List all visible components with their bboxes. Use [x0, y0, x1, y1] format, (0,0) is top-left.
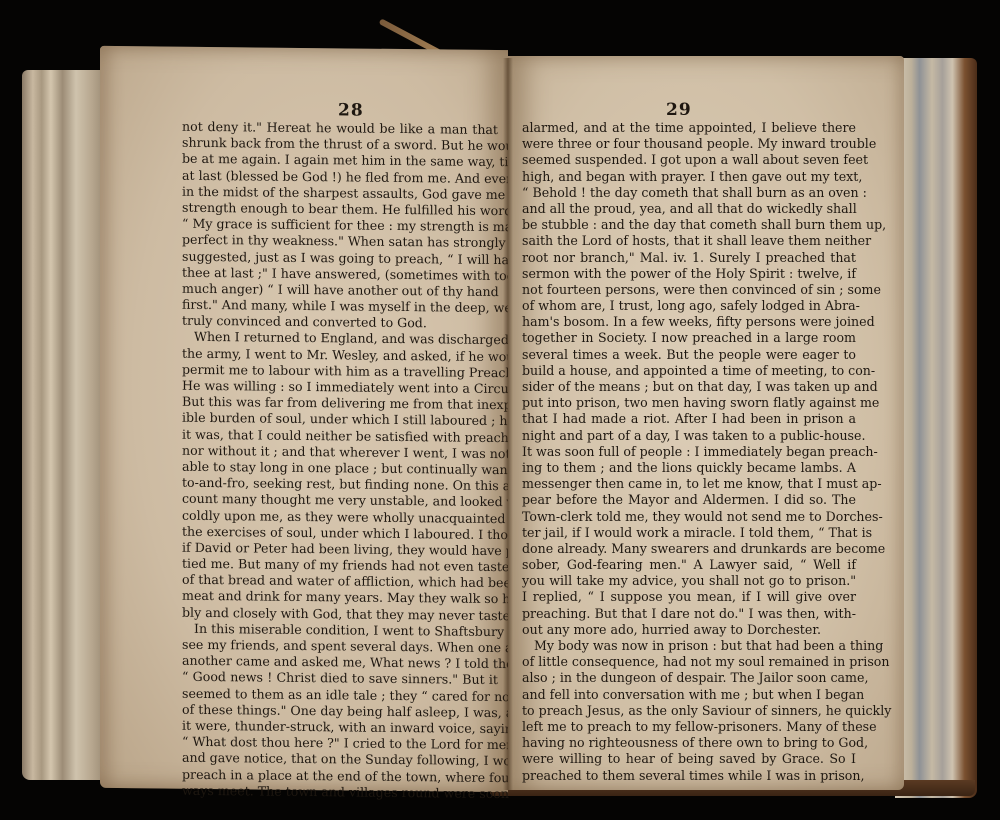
- page-number-right: 29: [666, 100, 692, 120]
- text-line: preached to them several times while I w…: [522, 768, 856, 784]
- text-line: “ Behold ! the day cometh that shall bur…: [522, 185, 856, 201]
- text-line: also ; in the dungeon of despair. The Ja…: [522, 670, 856, 686]
- text-line: My body was now in prison : but that had…: [522, 638, 856, 654]
- page-number-left: 28: [338, 100, 364, 120]
- text-line: messenger then came in, to let me know, …: [522, 476, 856, 492]
- book-gutter: [503, 58, 513, 790]
- text-line: and fell into conversation with me ; but…: [522, 687, 856, 703]
- text-line: be stubble : and the day that cometh sha…: [522, 217, 856, 233]
- text-line: to preach Jesus, as the only Saviour of …: [522, 703, 856, 719]
- text-line: night and part of a day, I was taken to …: [522, 428, 856, 444]
- text-line: high, and began with prayer. I then gave…: [522, 169, 856, 185]
- left-page-block-edges: [22, 70, 112, 780]
- text-line: and all the proud, yea, and all that do …: [522, 201, 856, 217]
- text-line: of whom are, I trust, long ago, safely l…: [522, 298, 856, 314]
- text-line: left me to preach to my fellow-prisoners…: [522, 719, 856, 735]
- text-line: ham's bosom. In a few weeks, fifty perso…: [522, 314, 856, 330]
- right-page: 29 alarmed, and at the time appointed, I…: [508, 56, 904, 790]
- text-line: you will take my advice, you shall not g…: [522, 573, 856, 589]
- left-page-text: not deny it." Hereat he would be like a …: [182, 119, 498, 802]
- text-line: sober, God-fearing men." A Lawyer said, …: [522, 557, 856, 573]
- text-line: build a house, and appointed a time of m…: [522, 363, 856, 379]
- right-page-block-edges: [895, 58, 977, 798]
- text-line: I replied, “ I suppose you mean, if I wi…: [522, 589, 856, 605]
- text-line: out any more ado, hurried away to Dorche…: [522, 622, 856, 638]
- text-line: alarmed, and at the time appointed, I be…: [522, 120, 856, 136]
- text-line: done already. Many swearers and drunkard…: [522, 541, 856, 557]
- text-line: It was soon full of people : I immediate…: [522, 444, 856, 460]
- text-line: pear before the Mayor and Aldermen. I di…: [522, 492, 856, 508]
- text-line: seemed suspended. I got upon a wall abou…: [522, 152, 856, 168]
- text-line: several times a week. But the people wer…: [522, 347, 856, 363]
- text-line: ter jail, if I would work a miracle. I t…: [522, 525, 856, 541]
- book-photo: 28 not deny it." Hereat he would be like…: [0, 0, 1000, 820]
- text-line: Town-clerk told me, they would not send …: [522, 509, 856, 525]
- text-line: were willing to hear of being saved by G…: [522, 751, 856, 767]
- left-page: 28 not deny it." Hereat he would be like…: [100, 46, 508, 792]
- text-line: having no righteousness of there own to …: [522, 735, 856, 751]
- text-line: were three or four thousand people. My i…: [522, 136, 856, 152]
- text-line: sermon with the power of the Holy Spirit…: [522, 266, 856, 282]
- text-line: ways meet. The town and villages round w…: [182, 782, 498, 801]
- text-line: preaching. But that I dare not do." I wa…: [522, 606, 856, 622]
- text-line: ing to them ; and the lions quickly beca…: [522, 460, 856, 476]
- text-line: saith the Lord of hosts, that it shall l…: [522, 233, 856, 249]
- text-line: together in Society. I now preached in a…: [522, 330, 856, 346]
- text-line: sider of the means ; but on that day, I …: [522, 379, 856, 395]
- text-line: that I had made a riot. After I had been…: [522, 411, 856, 427]
- text-line: put into prison, two men having sworn fl…: [522, 395, 856, 411]
- text-line: of little consequence, had not my soul r…: [522, 654, 856, 670]
- right-page-text: alarmed, and at the time appointed, I be…: [522, 120, 856, 784]
- text-line: not fourteen persons, were then convince…: [522, 282, 856, 298]
- text-line: root nor branch," Mal. iv. 1. Surely I p…: [522, 250, 856, 266]
